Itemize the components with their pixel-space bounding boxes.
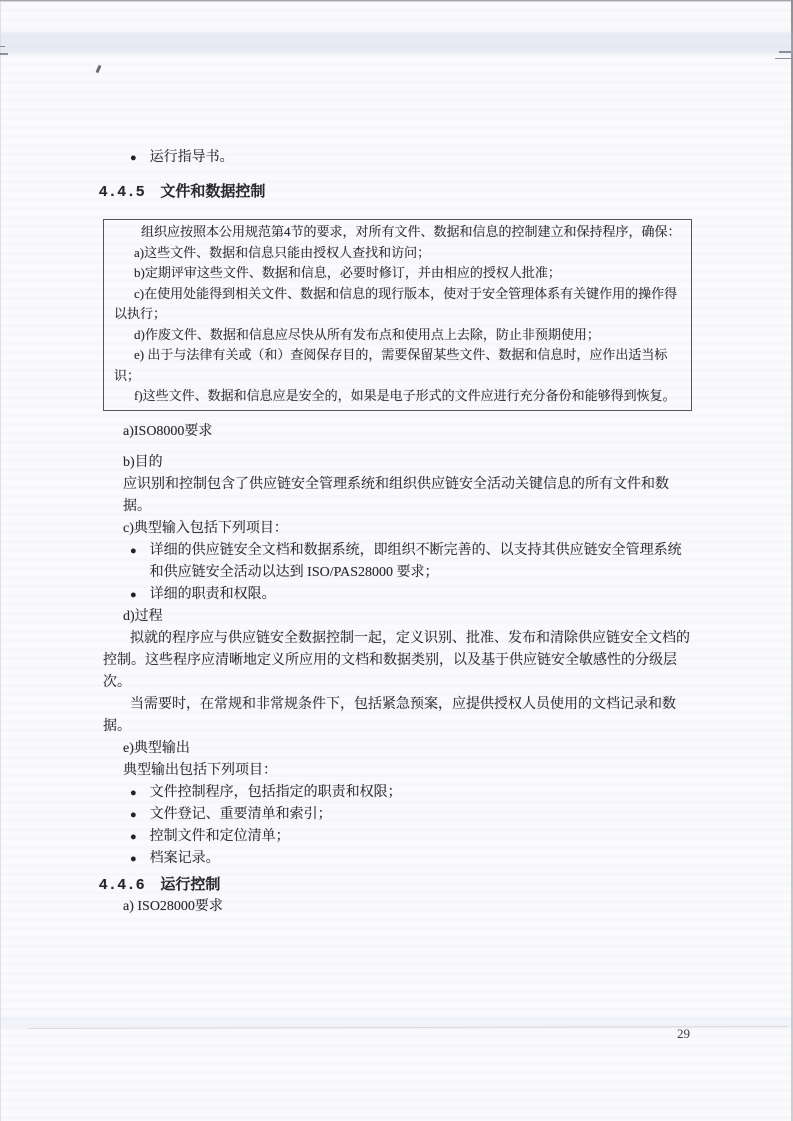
output-bullet-text: 控制文件和定位清单； xyxy=(150,826,290,848)
output-bullet-item: ● 文件登记、重要清单和索引； xyxy=(103,804,693,826)
scan-artifact-right-tick-1 xyxy=(779,51,791,53)
output-bullet-text: 档案记录。 xyxy=(150,848,220,870)
section-title: 运行控制 xyxy=(160,874,220,896)
purpose-text: 应识别和控制包含了供应链安全管理系统和组织供应链安全活动关键信息的所有文件和数据… xyxy=(123,474,693,518)
output-bullet-item: ● 档案记录。 xyxy=(103,848,693,870)
scan-artifact-left-tick-2 xyxy=(0,53,8,55)
page-number: 29 xyxy=(677,1026,690,1042)
box-item-a: a)这些文件、数据和信息只能由授权人查找和访问； xyxy=(114,243,681,264)
output-bullet-text: 文件登记、重要清单和索引； xyxy=(150,804,332,826)
operation-manual-bullet-item: ● 运行指导书。 xyxy=(103,147,693,169)
scan-artifact-left-tick-1 xyxy=(0,46,5,47)
typical-output-intro: 典型输出包括下列项目： xyxy=(123,760,693,782)
operation-manual-bullet-text: 运行指导书。 xyxy=(150,147,234,169)
output-bullet-text: 文件控制程序，包括指定的职责和权限； xyxy=(150,782,402,804)
bullet-icon: ● xyxy=(130,848,137,870)
bullet-icon: ● xyxy=(130,826,137,848)
input-bullet-item: ● 详细的供应链安全文档和数据系统，即组织不断完善的、以支持其供应链安全管理系统… xyxy=(103,540,693,584)
scan-artifact-top-band xyxy=(0,32,793,54)
bullet-icon: ● xyxy=(130,584,137,606)
section-number: 4.4.6 xyxy=(99,874,147,896)
process-label: d)过程 xyxy=(123,606,693,628)
section-title: 文件和数据控制 xyxy=(160,181,265,203)
output-bullet-item: ● 文件控制程序，包括指定的职责和权限； xyxy=(103,782,693,804)
bullet-icon: ● xyxy=(130,804,137,826)
purpose-label: b)目的 xyxy=(123,452,693,474)
section-4-4-5-heading: 4.4.5 文件和数据控制 xyxy=(99,181,693,203)
box-item-c: c)在使用处能得到相关文件、数据和信息的现行版本，使对于安全管理体系有关键作用的… xyxy=(114,284,681,325)
scanned-document-page: ● 运行指导书。 4.4.5 文件和数据控制 组织应按照本公用规范第4节的要求，… xyxy=(0,0,793,1121)
scan-artifact-top-edge-2 xyxy=(0,1,793,2)
box-item-f: f)这些文件、数据和信息应是安全的，如果是电子形式的文件应进行充分备份和能够得到… xyxy=(114,386,681,407)
output-bullet-item: ● 控制文件和定位清单； xyxy=(103,826,693,848)
typical-output-label: e)典型输出 xyxy=(123,738,693,760)
bullet-icon: ● xyxy=(130,782,137,804)
scan-artifact-right-tick-2 xyxy=(775,58,791,59)
box-item-d: d)作废文件、数据和信息应尽快从所有发布点和使用点上去除，防止非预期使用； xyxy=(114,325,681,346)
document-content: ● 运行指导书。 4.4.5 文件和数据控制 组织应按照本公用规范第4节的要求，… xyxy=(103,147,693,918)
box-item-b: b)定期评审这些文件、数据和信息，必要时修订，并由相应的授权人批准； xyxy=(114,263,681,284)
box-intro: 组织应按照本公用规范第4节的要求，对所有文件、数据和信息的控制建立和保持程序，确… xyxy=(114,222,681,243)
requirements-box: 组织应按照本公用规范第4节的要求，对所有文件、数据和信息的控制建立和保持程序，确… xyxy=(103,219,692,411)
bullet-icon: ● xyxy=(130,147,137,169)
section-number: 4.4.5 xyxy=(99,181,147,203)
input-bullet-item: ● 详细的职责和权限。 xyxy=(103,584,693,606)
section-4-4-6-heading: 4.4.6 运行控制 xyxy=(99,874,693,896)
iso28000-requirement-label: a) ISO28000要求 xyxy=(123,896,693,918)
input-bullet-text: 详细的供应链安全文档和数据系统，即组织不断完善的、以支持其供应链安全管理系统和供… xyxy=(150,540,693,584)
bullet-icon: ● xyxy=(130,540,137,584)
input-bullet-text: 详细的职责和权限。 xyxy=(150,584,276,606)
typical-input-label: c)典型输入包括下列项目： xyxy=(123,518,693,540)
process-paragraph-2: 当需要时，在常规和非常规条件下，包括紧急预案，应提供授权人员使用的文档记录和数据… xyxy=(103,694,693,738)
scan-artifact-left-edge xyxy=(0,0,1,1121)
scan-artifact-speck xyxy=(95,65,101,74)
box-item-e: e) 出于与法律有关或（和）查阅保存目的，需要保留某些文件、数据和信息时，应作出… xyxy=(114,345,681,386)
process-paragraph-1: 拟就的程序应与供应链安全数据控制一起，定义识别、批准、发布和清除供应链安全文档的… xyxy=(103,628,693,694)
iso8000-requirement-label: a)ISO8000要求 xyxy=(123,421,693,443)
